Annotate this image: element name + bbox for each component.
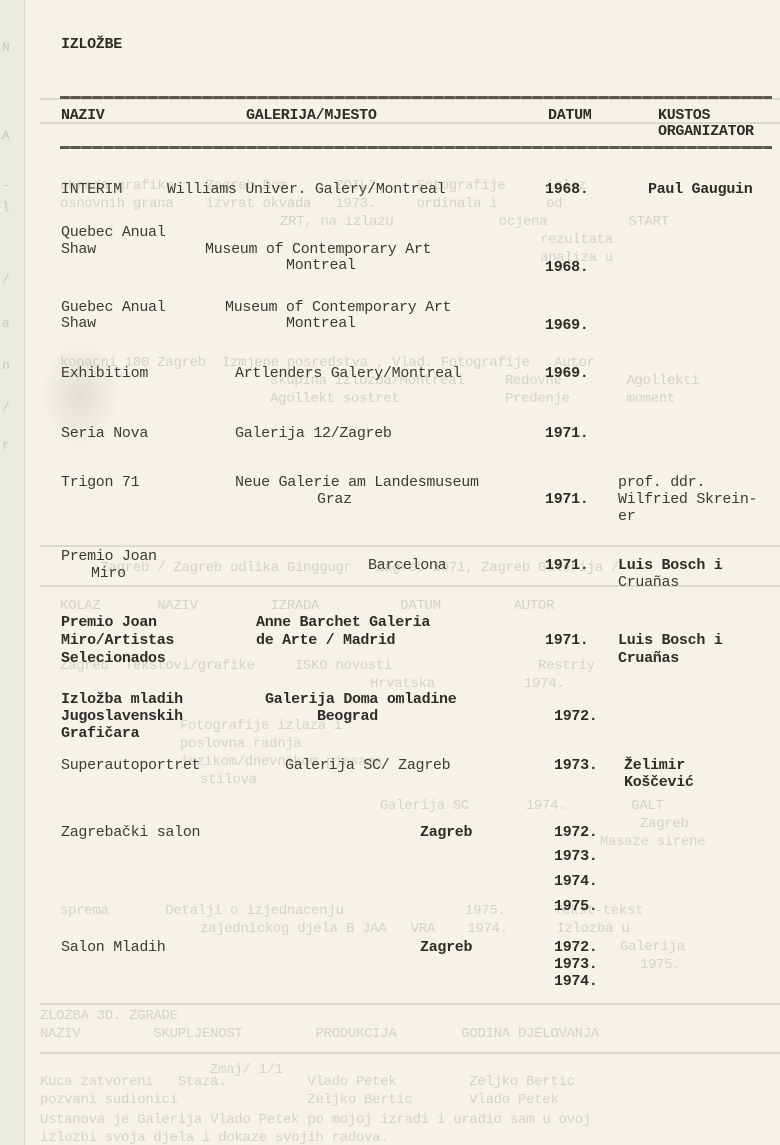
row-datum: 1975. [554,898,598,916]
row-kustos: Luis Bosch i [618,557,722,575]
row-kustos: er [618,508,635,526]
row-datum: 1972. [554,708,598,726]
column-header-naziv: NAZIV [61,107,105,125]
row-datum: 1969. [545,365,589,383]
row-galerija: Galerija Doma omladine [265,691,456,709]
row-datum: 1971. [545,632,589,650]
row-galerija: Galerija 12/Zagreb [235,425,392,443]
row-kustos: Wilfried Skrein- [618,491,757,509]
row-naziv: Shaw [61,315,96,333]
header-bottom-rule [60,146,772,149]
row-naziv: Premio Joan [61,548,157,566]
row-galerija: Artlenders Galery/Montreal [235,365,461,383]
row-naziv: Selecionados [61,650,165,668]
left-margin-strip: N A - l / a n / r [0,0,25,1145]
row-kustos: Cruañas [618,574,679,592]
row-datum: 1969. [545,317,589,335]
row-naziv: Trigon 71 [61,474,139,492]
row-naziv: Salon Mladih [61,939,165,957]
row-kustos: Luis Bosch i [618,632,722,650]
column-header-organizator: ORGANIZATOR [658,123,754,141]
row-kustos: prof. ddr. [618,474,705,492]
row-datum: 1973. [554,956,598,974]
row-kustos: Paul Gauguin [648,181,752,199]
row-naziv: Shaw [61,241,96,259]
column-header-datum: DATUM [548,107,592,125]
row-datum: 1971. [545,425,589,443]
row-naziv: Quebec Anual [61,224,165,242]
row-naziv: Seria Nova [61,425,148,443]
row-naziv: Miro/Artistas [61,632,174,650]
row-galerija: Barcelona [368,557,446,575]
row-naziv: Izložba mladih [61,691,183,709]
row-galerija: Montreal [286,315,356,333]
row-galerija: Anne Barchet Galeria [256,614,430,632]
row-galerija: Zagreb [420,824,472,842]
row-datum: 1968. [545,181,589,199]
row-galerija: Graz [317,491,352,509]
row-datum: 1971. [545,491,589,509]
row-naziv: Superautoportret [61,757,200,775]
row-galerija: Montreal [286,257,356,275]
row-datum: 1973. [554,848,598,866]
row-datum: 1974. [554,973,598,991]
row-galerija: Neue Galerie am Landesmuseum [235,474,479,492]
row-datum: 1972. [554,824,598,842]
row-galerija: Beograd [317,708,378,726]
row-datum: 1972. [554,939,598,957]
row-datum: 1971. [545,557,589,575]
row-kustos: Koščević [624,774,694,792]
row-naziv: Grafičara [61,725,139,743]
row-kustos: Želimir [624,757,685,775]
row-datum: 1973. [554,757,598,775]
document-title: IZLOŽBE [61,36,122,54]
row-naziv: Jugoslavenskih [61,708,183,726]
row-datum: 1974. [554,873,598,891]
row-kustos: Cruañas [618,650,679,668]
row-naziv: Exhibitiom [61,365,148,383]
row-naziv: Miro [91,565,126,583]
header-top-rule [60,96,772,99]
row-galerija: Williams Univer. Galery/Montreal [167,181,445,199]
row-galerija: Zagreb [420,939,472,957]
row-naziv: Premio Joan [61,614,157,632]
row-naziv: Zagrebački salon [61,824,200,842]
column-header-galerija: GALERIJA/MJESTO [246,107,377,125]
row-datum: 1968. [545,259,589,277]
row-galerija: de Arte / Madrid [256,632,395,650]
row-galerija: Galerija SC/ Zagreb [285,757,450,775]
row-naziv: INTERIM [61,181,122,199]
